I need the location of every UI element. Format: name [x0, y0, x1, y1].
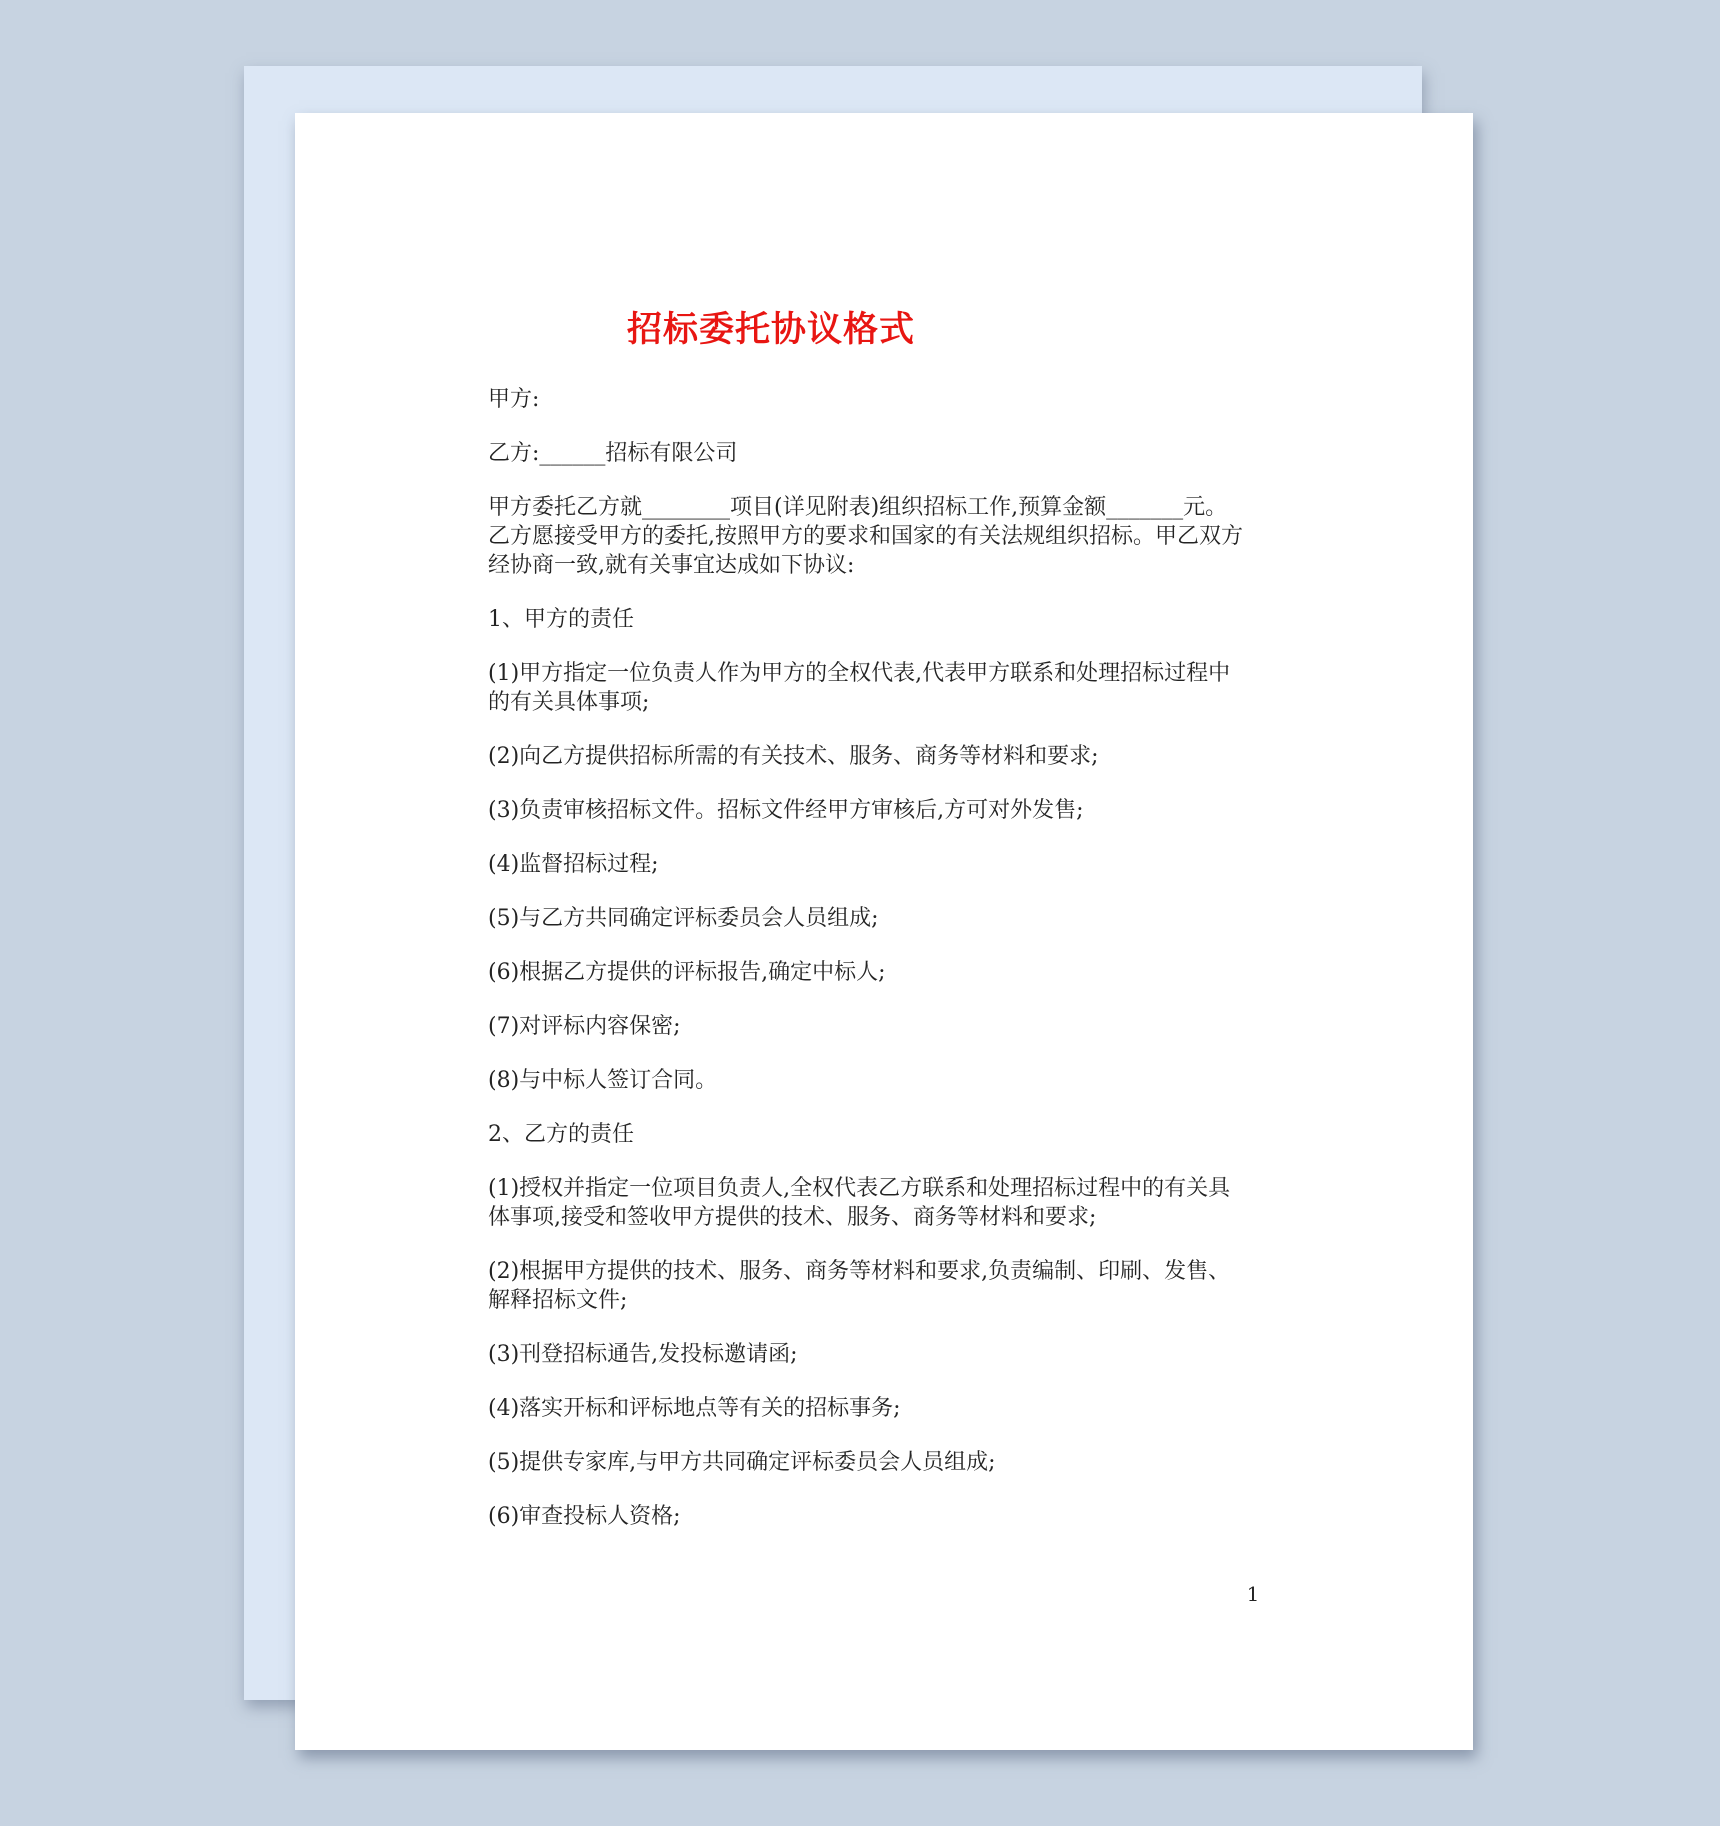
section-2-item-2: (2)根据甲方提供的技术、服务、商务等材料和要求,负责编制、印刷、发售、 解释招… [488, 1257, 1263, 1315]
section-1-item-6: (6)根据乙方提供的评标报告,确定中标人; [488, 958, 1263, 987]
document-content: 招标委托协议格式 甲方: 乙方:______招标有限公司 甲方委托乙方就____… [295, 305, 1473, 1531]
document-title: 招标委托协议格式 [627, 305, 1263, 355]
section-2-heading: 2、乙方的责任 [488, 1120, 1263, 1149]
section-1-item-7: (7)对评标内容保密; [488, 1012, 1263, 1041]
section-1-heading: 1、甲方的责任 [488, 605, 1263, 634]
desktop-background: 招标委托协议格式 甲方: 乙方:______招标有限公司 甲方委托乙方就____… [0, 0, 1720, 1826]
section-2-item-4: (4)落实开标和评标地点等有关的招标事务; [488, 1394, 1263, 1423]
section-2-item-1: (1)授权并指定一位项目负责人,全权代表乙方联系和处理招标过程中的有关具 体事项… [488, 1174, 1263, 1232]
party-a-line: 甲方: [488, 385, 1263, 414]
document-page: 招标委托协议格式 甲方: 乙方:______招标有限公司 甲方委托乙方就____… [295, 113, 1473, 1750]
section-1-item-4: (4)监督招标过程; [488, 850, 1263, 879]
section-2-item-5: (5)提供专家库,与甲方共同确定评标委员会人员组成; [488, 1448, 1263, 1477]
page-number: 1 [1243, 1580, 1263, 1609]
section-1-item-3: (3)负责审核招标文件。招标文件经甲方审核后,方可对外发售; [488, 796, 1263, 825]
party-b-line: 乙方:______招标有限公司 [488, 439, 1263, 468]
section-2-item-6: (6)审查投标人资格; [488, 1502, 1263, 1531]
intro-paragraph: 甲方委托乙方就________项目(详见附表)组织招标工作,预算金额______… [488, 493, 1263, 580]
section-2-item-3: (3)刊登招标通告,发投标邀请函; [488, 1340, 1263, 1369]
section-1-item-1: (1)甲方指定一位负责人作为甲方的全权代表,代表甲方联系和处理招标过程中 的有关… [488, 659, 1263, 717]
section-1-item-8: (8)与中标人签订合同。 [488, 1066, 1263, 1095]
section-1-item-5: (5)与乙方共同确定评标委员会人员组成; [488, 904, 1263, 933]
section-1-item-2: (2)向乙方提供招标所需的有关技术、服务、商务等材料和要求; [488, 742, 1263, 771]
